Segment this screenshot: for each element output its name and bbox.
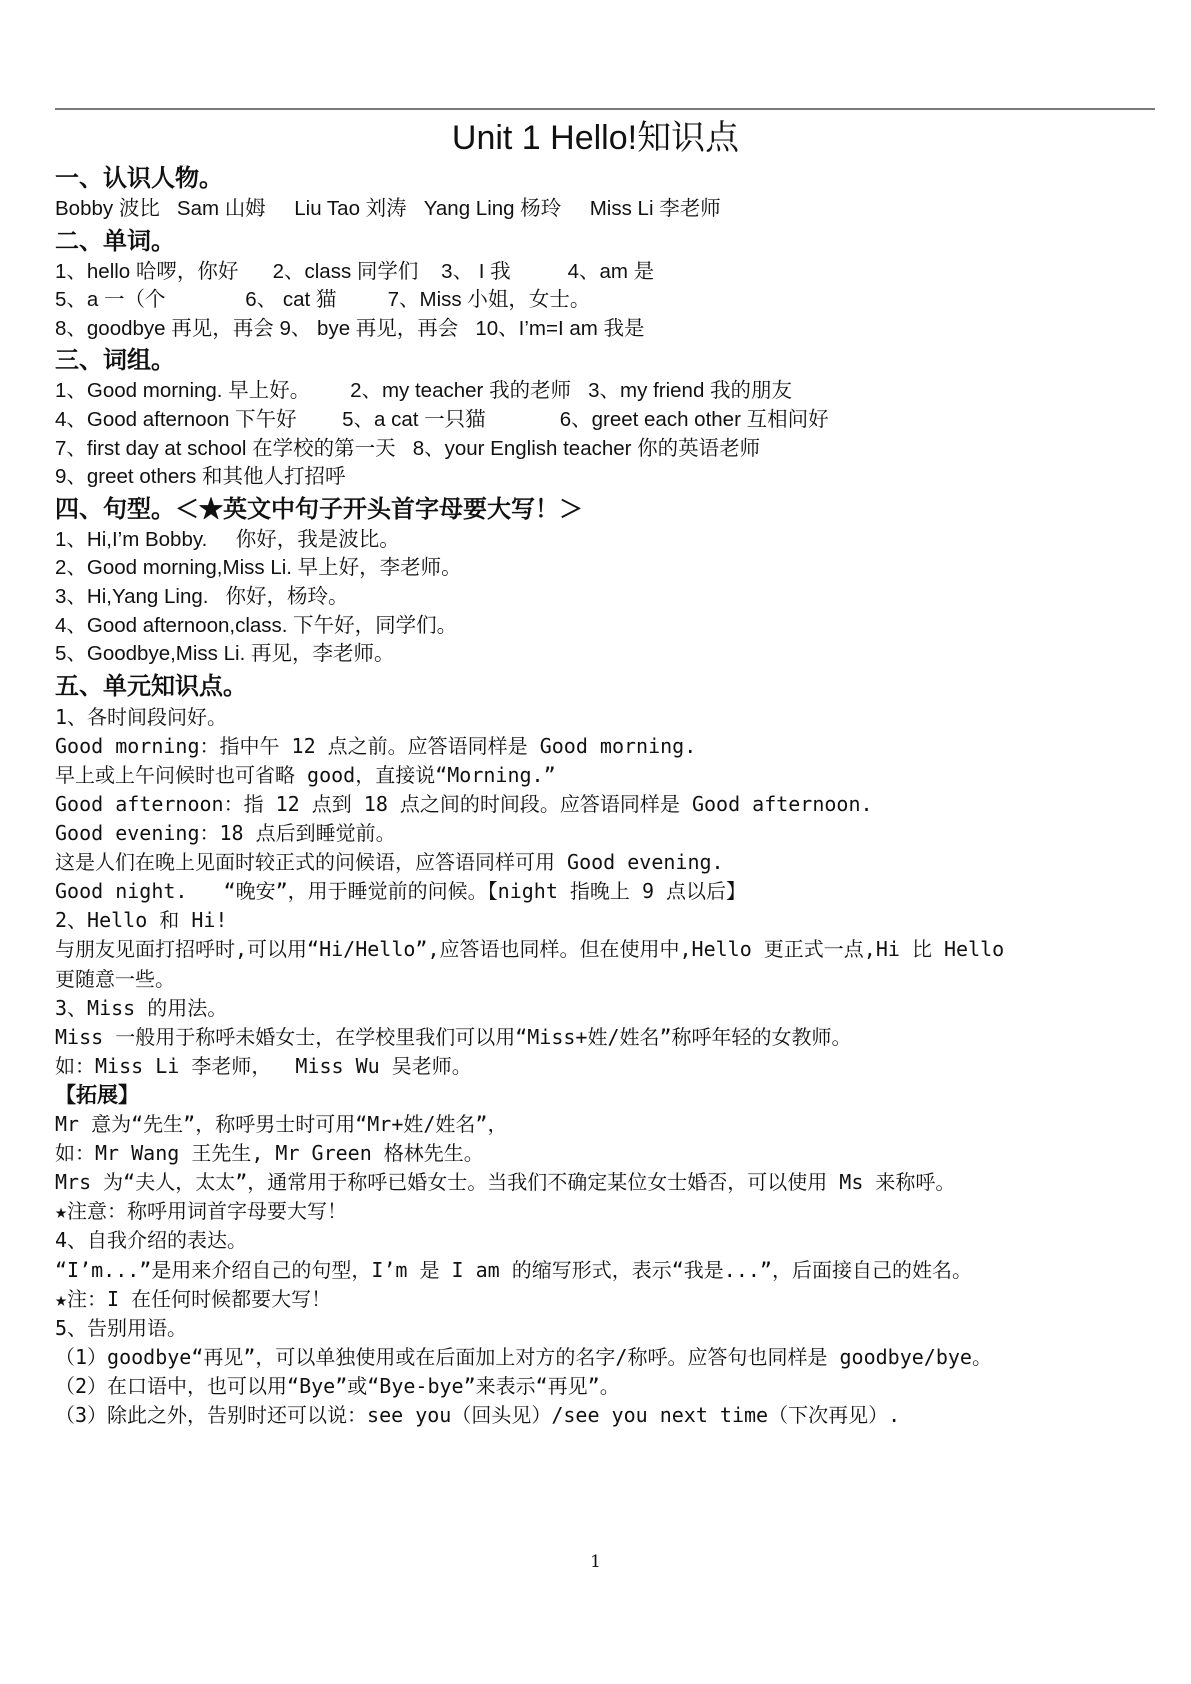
- text-line: Good morning：指中午 12 点之前。应答语同样是 Good morn…: [55, 732, 1157, 761]
- text-line: （2）在口语中，也可以用“Bye”或“Bye-bye”来表示“再见”。: [55, 1372, 1157, 1401]
- text-line: Miss 一般用于称呼未婚女士，在学校里我们可以用“Miss+姓/姓名”称呼年轻…: [55, 1023, 1157, 1052]
- text-line: （1）goodbye“再见”，可以单独使用或在后面加上对方的名字/称呼。应答句也…: [55, 1343, 1157, 1372]
- text-line: Mr 意为“先生”，称呼男士时可用“Mr+姓/姓名”，: [55, 1110, 1157, 1139]
- text-line: 如：Miss Li 李老师， Miss Wu 吴老师。: [55, 1052, 1157, 1081]
- section-2-heading: 二、单词。: [55, 224, 1157, 258]
- text-line: 1、Hi,I’m Bobby. 你好，我是波比。: [55, 526, 1157, 555]
- text-line: 与朋友见面打招呼时,可以用“Hi/Hello”,应答语也同样。但在使用中,Hel…: [55, 935, 1157, 964]
- text-line: 3、Miss 的用法。: [55, 994, 1157, 1023]
- page-title: Unit 1 Hello!知识点: [0, 110, 1191, 159]
- text-line: Good afternoon：指 12 点到 18 点之间的时间段。应答语同样是…: [55, 790, 1157, 819]
- text-line: Good evening：18 点后到睡觉前。: [55, 819, 1157, 848]
- text-line: 9、greet others 和其他人打招呼: [55, 463, 1157, 492]
- text-line: “I’m...”是用来介绍自己的句型，I’m 是 I am 的缩写形式，表示“我…: [55, 1256, 1157, 1285]
- text-line: 1、hello 哈啰，你好 2、class 同学们 3、 I 我 4、am 是: [55, 258, 1157, 287]
- text-line: 1、Good morning. 早上好。 2、my teacher 我的老师 3…: [55, 377, 1157, 406]
- note-line: ★注：I 在任何时候都要大写！: [55, 1285, 1157, 1314]
- text-line: 3、Hi,Yang Ling. 你好，杨玲。: [55, 583, 1157, 612]
- section-3-heading: 三、词组。: [55, 343, 1157, 377]
- text-line: （3）除此之外，告别时还可以说：see you（回头见）/see you nex…: [55, 1401, 1157, 1430]
- note-line: ★注意：称呼用词首字母要大写！: [55, 1197, 1157, 1226]
- text-line: 5、告别用语。: [55, 1314, 1157, 1343]
- text-line: 早上或上午问候时也可省略 good，直接说“Morning.”: [55, 761, 1157, 790]
- document-body: 一、认识人物。 Bobby 波比 Sam 山姆 Liu Tao 刘涛 Yang …: [55, 161, 1157, 1430]
- text-line: Good night. “晚安”，用于睡觉前的问候。【night 指晚上 9 点…: [55, 877, 1157, 906]
- text-line: 这是人们在晚上见面时较正式的问候语，应答语同样可用 Good evening.: [55, 848, 1157, 877]
- text-line: 4、Good afternoon,class. 下午好，同学们。: [55, 612, 1157, 641]
- section-1-heading: 一、认识人物。: [55, 161, 1157, 195]
- text-line: 8、goodbye 再见，再会 9、 bye 再见，再会 10、I’m=I am…: [55, 315, 1157, 344]
- text-line: 5、Goodbye,Miss Li. 再见，李老师。: [55, 640, 1157, 669]
- page-number: 1: [0, 1552, 1191, 1572]
- text-line: Mrs 为“夫人，太太”，通常用于称呼已婚女士。当我们不确定某位女士婚否，可以使…: [55, 1168, 1157, 1197]
- expansion-label: 【拓展】: [55, 1081, 1157, 1110]
- text-line: 2、Good morning,Miss Li. 早上好，李老师。: [55, 554, 1157, 583]
- section-5-heading: 五、单元知识点。: [55, 669, 1157, 703]
- text-line: 如：Mr Wang 王先生, Mr Green 格林先生。: [55, 1139, 1157, 1168]
- text-line: 更随意一些。: [55, 965, 1157, 994]
- document-page: Unit 1 Hello!知识点 一、认识人物。 Bobby 波比 Sam 山姆…: [0, 0, 1191, 1684]
- text-line: 5、a 一（个 6、 cat 猫 7、Miss 小姐，女士。: [55, 286, 1157, 315]
- section-4-heading: 四、句型。＜★英文中句子开头首字母要大写！＞: [55, 492, 1157, 526]
- text-line: 2、Hello 和 Hi!: [55, 906, 1157, 935]
- text-line: 7、first day at school 在学校的第一天 8、your Eng…: [55, 435, 1157, 464]
- text-line: Bobby 波比 Sam 山姆 Liu Tao 刘涛 Yang Ling 杨玲 …: [55, 195, 1157, 224]
- text-line: 4、自我介绍的表达。: [55, 1226, 1157, 1255]
- text-line: 1、各时间段问好。: [55, 703, 1157, 732]
- text-line: 4、Good afternoon 下午好 5、a cat 一只猫 6、greet…: [55, 406, 1157, 435]
